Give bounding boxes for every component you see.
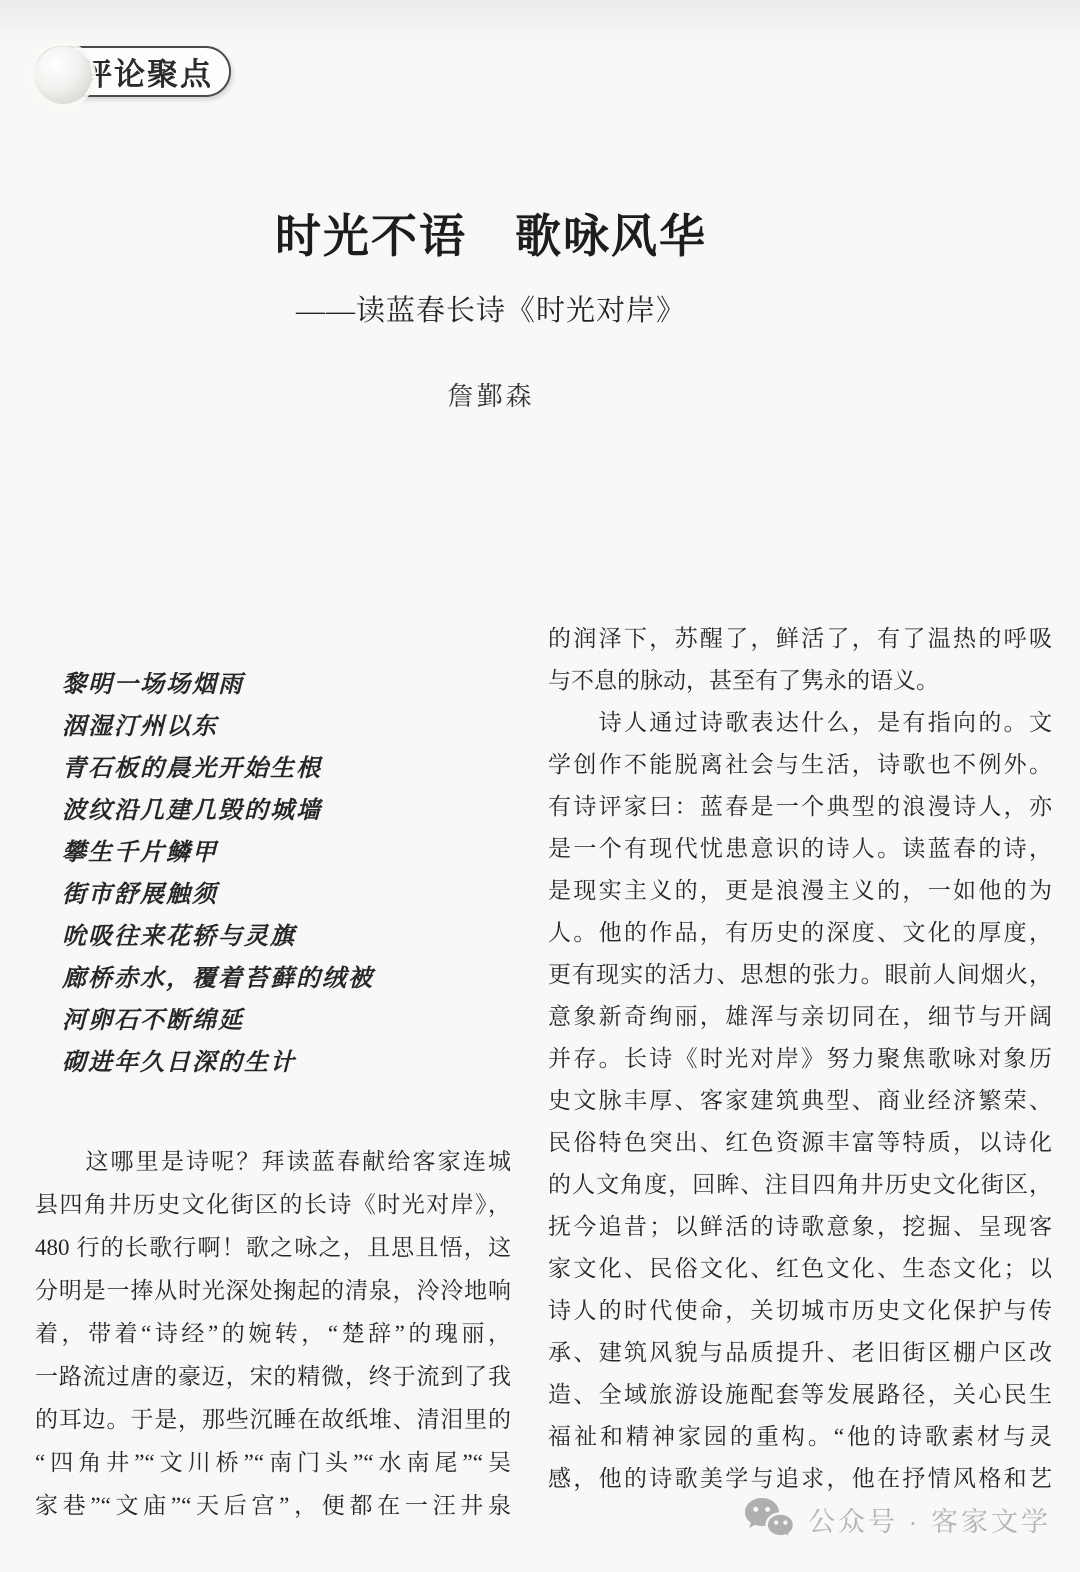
text-line: 民俗特色突出、红色资源丰富等特质，以诗化 — [548, 1122, 1052, 1164]
poem-line: 攀生千片鳞甲 — [62, 832, 492, 874]
poem-line: 河卵石不断绵延 — [62, 1000, 492, 1042]
poem-line: 洇湿汀州以东 — [62, 706, 492, 748]
text-line: 诗人通过诗歌表达什么，是有指向的。文 — [548, 702, 1052, 744]
wechat-watermark: 公众号 · 客家文学 — [742, 1496, 1051, 1542]
text-line: 人。他的作品，有历史的深度、文化的厚度， — [548, 912, 1052, 954]
text-line: 承、建筑风貌与品质提升、老旧街区棚户区改 — [548, 1332, 1052, 1374]
poem-line: 波纹沿几建几毁的城墙 — [62, 790, 492, 832]
text-line: “四角井”“文川桥”“南门头”“水南尾”“吴 — [35, 1441, 511, 1484]
paragraph: 诗人通过诗歌表达什么，是有指向的。文学创作不能脱离社会与生活，诗歌也不例外。有诗… — [548, 702, 1052, 1500]
text-line: 意象新奇绚丽，雄浑与亲切同在，细节与开阔 — [548, 996, 1052, 1038]
text-line: 史文脉丰厚、客家建筑典型、商业经济繁荣、 — [548, 1080, 1052, 1122]
poem-line: 廊桥赤水，覆着苔藓的绒被 — [62, 958, 492, 1000]
text-line: 这哪里是诗呢？拜读蓝春献给客家连城 — [35, 1140, 511, 1183]
poem-line: 黎明一场场烟雨 — [62, 664, 492, 706]
poem-line: 青石板的晨光开始生根 — [62, 748, 492, 790]
poem-line: 街市舒展触须 — [62, 874, 492, 916]
text-line: 学创作不能脱离社会与生活，诗歌也不例外。 — [548, 744, 1052, 786]
text-line: 抚今追昔；以鲜活的诗歌意象，挖掘、呈现客 — [548, 1206, 1052, 1248]
text-line: 有诗评家曰：蓝春是一个典型的浪漫诗人，亦 — [548, 786, 1052, 828]
text-line: 的润泽下，苏醒了，鲜活了，有了温热的呼吸 — [548, 618, 1052, 660]
article-subtitle: ——读蓝春长诗《时光对岸》 — [0, 288, 982, 329]
article-page: 评论聚点 时光不语 歌咏风华 ——读蓝春长诗《时光对岸》 詹鄞森 黎明一场场烟雨… — [0, 0, 1080, 1572]
paragraph: 的润泽下，苏醒了，鲜活了，有了温热的呼吸与不息的脉动，甚至有了隽永的语义。 — [548, 618, 1052, 702]
text-line: 感，他的诗歌美学与追求，他在抒情风格和艺 — [548, 1458, 1052, 1500]
right-column-text: 的润泽下，苏醒了，鲜活了，有了温热的呼吸与不息的脉动，甚至有了隽永的语义。 诗人… — [548, 618, 1052, 1500]
text-line: 并存。长诗《时光对岸》努力聚焦歌咏对象历 — [548, 1038, 1052, 1080]
article-author: 詹鄞森 — [0, 376, 982, 413]
left-column-text: 这哪里是诗呢？拜读蓝春献给客家连城县四角井历史文化街区的长诗《时光对岸》，480… — [35, 1140, 511, 1527]
text-line: 诗人的时代使命，关切城市历史文化保护与传 — [548, 1290, 1052, 1332]
text-line: 一路流过唐的豪迈，宋的精微，终于流到了我 — [35, 1355, 511, 1398]
article-title: 时光不语 歌咏风华 — [0, 200, 982, 266]
text-line: 更有现实的活力、思想的张力。眼前人间烟火， — [548, 954, 1052, 996]
poem-line: 吮吸往来花轿与灵旗 — [62, 916, 492, 958]
section-badge: 评论聚点 — [35, 46, 231, 97]
text-line: 的人文角度，回眸、注目四角井历史文化街区， — [548, 1164, 1052, 1206]
paragraph: 这哪里是诗呢？拜读蓝春献给客家连城县四角井历史文化街区的长诗《时光对岸》，480… — [35, 1140, 511, 1527]
wechat-icon — [742, 1496, 796, 1542]
text-line: 着，带着“诗经”的婉转，“楚辞”的瑰丽， — [35, 1312, 511, 1355]
text-line: 是现实主义的，更是浪漫主义的，一如他的为 — [548, 870, 1052, 912]
text-line: 造、全域旅游设施配套等发展路径，关心民生 — [548, 1374, 1052, 1416]
badge-sphere-decoration — [34, 46, 92, 104]
watermark-text: 公众号 · 客家文学 — [808, 1500, 1051, 1539]
text-line: 是一个有现代忧患意识的诗人。读蓝春的诗， — [548, 828, 1052, 870]
poem-line: 砌进年久日深的生计 — [62, 1042, 492, 1084]
text-line: 县四角井历史文化街区的长诗《时光对岸》， — [35, 1183, 511, 1226]
text-line: 480 行的长歌行啊！歌之咏之，且思且悟，这 — [35, 1226, 511, 1269]
text-line: 家巷”“文庙”“天后宫”，便都在一汪井泉 — [35, 1484, 511, 1527]
text-line: 分明是一捧从时光深处掬起的清泉，泠泠地响 — [35, 1269, 511, 1312]
text-line: 与不息的脉动，甚至有了隽永的语义。 — [548, 660, 1052, 702]
text-line: 家文化、民俗文化、红色文化、生态文化；以 — [548, 1248, 1052, 1290]
text-line: 福祉和精神家园的重构。“他的诗歌素材与灵 — [548, 1416, 1052, 1458]
section-badge-label: 评论聚点 — [81, 49, 213, 94]
text-line: 的耳边。于是，那些沉睡在故纸堆、清泪里的 — [35, 1398, 511, 1441]
poem-excerpt: 黎明一场场烟雨洇湿汀州以东青石板的晨光开始生根波纹沿几建几毁的城墙攀生千片鳞甲街… — [62, 664, 492, 1084]
